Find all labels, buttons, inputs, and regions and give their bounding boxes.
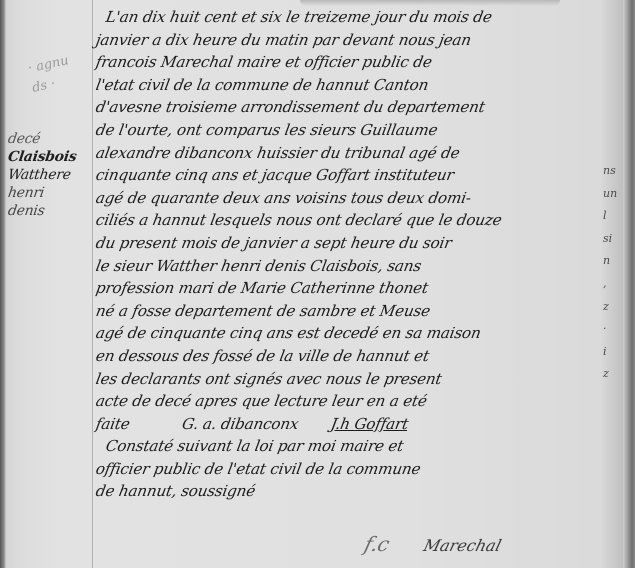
right-margin-mark: ns (603, 160, 621, 183)
record-line: du present mois de janvier a sept heure … (94, 232, 635, 255)
mayor-signature-mark: f.c (362, 532, 392, 556)
right-margin-mark: , (603, 273, 621, 296)
record-line: l'etat civil de la commune de hannut Can… (94, 74, 635, 97)
right-margin-mark: · (603, 318, 621, 341)
margin-note-line: henri (7, 184, 92, 202)
record-line: acte de decé apres que lecture leur en a… (94, 390, 635, 413)
right-margin-mark: un (603, 183, 621, 206)
right-margin-marks: ns un l si n , z · i z (603, 160, 621, 386)
record-line: L'an dix huit cent et six le treizeme jo… (94, 6, 635, 29)
record-line: profession mari de Marie Catherinne thon… (94, 277, 635, 300)
witness-signature-line: faite G. a. dibanconx J.h Goffart (94, 413, 635, 436)
record-line: faite (94, 415, 131, 433)
closing-line: Constaté suivant la loi par moi maire et (94, 435, 635, 458)
record-line: alexandre dibanconx huissier du tribunal… (94, 142, 635, 165)
mayor-signature-name: Marechal (422, 536, 504, 555)
record-line: agé de cinquante cinq ans est decedé en … (94, 322, 635, 345)
record-line: francois Marechal maire et officier publ… (94, 51, 635, 74)
record-line: cinquante cinq ans et jacque Goffart ins… (94, 164, 635, 187)
witness-signature: G. a. dibanconx (180, 413, 300, 436)
page-left-edge (0, 0, 6, 568)
record-line: le sieur Watther henri denis Claisbois, … (94, 255, 635, 278)
closing-line: de hannut, soussigné (94, 480, 635, 503)
right-margin-mark: z (603, 296, 621, 319)
record-line: agé de quarante deux ans voisins tous de… (94, 187, 635, 210)
faint-margin-annotation: · agnu ds · (26, 51, 75, 99)
record-line: de l'ourte, ont comparus les sieurs Guil… (94, 119, 635, 142)
right-margin-mark: n (603, 250, 621, 273)
margin-rule-line (92, 0, 93, 568)
right-margin-mark: z (603, 363, 621, 386)
document-page: · agnu ds · decé Claisbois Watthere henr… (0, 0, 635, 568)
margin-note-deceased: decé Claisbois Watthere henri denis (8, 130, 90, 220)
right-margin-mark: i (603, 341, 621, 364)
record-line: en dessous des fossé de la ville de hann… (94, 345, 635, 368)
margin-note-line: Claisbois (7, 148, 92, 166)
record-line: né a fosse departement de sambre et Meus… (94, 300, 635, 323)
right-margin-mark: si (603, 228, 621, 251)
witness-signature: J.h Goffart (329, 413, 410, 436)
record-line: les declarants ont signés avec nous le p… (94, 368, 635, 391)
margin-note-line: decé (7, 130, 92, 148)
margin-note-line: denis (7, 202, 92, 220)
record-line: janvier a dix heure du matin par devant … (94, 29, 635, 52)
record-body: L'an dix huit cent et six le treizeme jo… (96, 6, 635, 503)
margin-note-line: Watthere (7, 166, 92, 184)
right-margin-mark: l (603, 205, 621, 228)
mayor-signature: f.c Marechal (362, 532, 504, 556)
record-line: d'avesne troisieme arrondissement du dep… (94, 96, 635, 119)
record-line: ciliés a hannut lesquels nous ont declar… (94, 209, 635, 232)
closing-line: officier public de l'etat civil de la co… (94, 458, 635, 481)
